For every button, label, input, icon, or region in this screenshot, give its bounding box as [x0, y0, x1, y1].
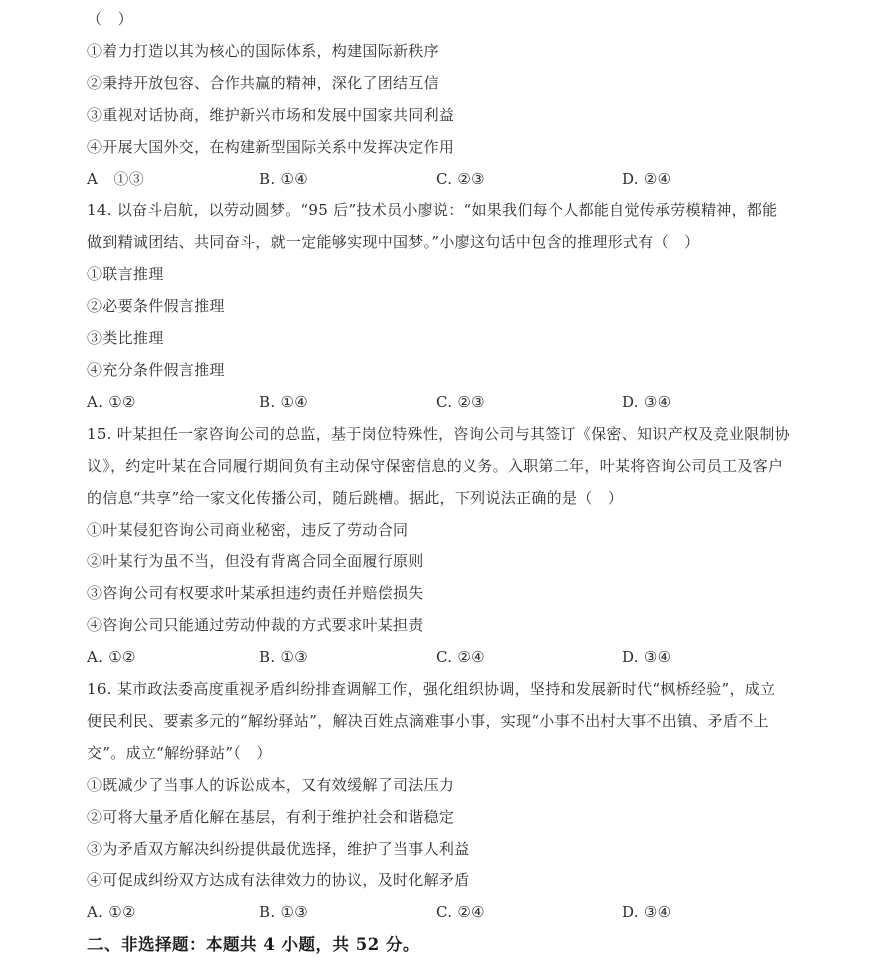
option-b: B. ①④: [259, 387, 436, 419]
answer-bracket: （ ）: [87, 4, 792, 36]
question-stem-line: 15. 叶某担任一家咨询公司的总监，基于岗位特殊性，咨询公司与其签订《保密、知识…: [87, 419, 792, 451]
question-13-continuation: （ ） ①着力打造以其为核心的国际体系，构建国际新秩序 ②秉持开放包容、合作共赢…: [87, 4, 792, 195]
question-stem-line: 的信息“共享”给一家文化传播公司，随后跳槽。据此，下列说法正确的是（ ）: [87, 483, 792, 515]
option-d: D. ③④: [622, 387, 792, 419]
statement-3: ③咨询公司有权要求叶某承担违约责任并赔偿损失: [87, 578, 792, 610]
option-c: C. ②③: [436, 387, 622, 419]
statement-3: ③类比推理: [87, 323, 792, 355]
option-d: D. ③④: [622, 642, 792, 674]
question-14: 14. 以奋斗启航，以劳动圆梦。“95 后”技术员小廖说：“如果我们每个人都能自…: [87, 195, 792, 418]
statement-1: ①联言推理: [87, 259, 792, 291]
statement-4: ④开展大国外交，在构建新型国际关系中发挥决定作用: [87, 132, 792, 164]
statement-2: ②叶某行为虽不当，但没有背离合同全面履行原则: [87, 546, 792, 578]
option-b: B. ①③: [259, 897, 436, 929]
statement-4: ④充分条件假言推理: [87, 355, 792, 387]
section-two-header: 二、非选择题：本题共 4 小题，共 52 分。: [87, 929, 792, 962]
option-a: A. ①②: [87, 387, 259, 419]
option-b: B. ①③: [259, 642, 436, 674]
question-stem-line: 交”。成立“解纷驿站”（ ）: [87, 738, 792, 770]
question-stem-line: 16. 某市政法委高度重视矛盾纠纷排查调解工作，强化组织协调，坚持和发展新时代“…: [87, 674, 792, 706]
options-row: A. ①② B. ①③ C. ②④ D. ③④: [87, 897, 792, 929]
statement-1: ①既减少了当事人的诉讼成本，又有效缓解了司法压力: [87, 770, 792, 802]
question-stem-line: 议》，约定叶某在合同履行期间负有主动保守保密信息的义务。入职第二年，叶某将咨询公…: [87, 451, 792, 483]
question-stem-line: 做到精诚团结、共同奋斗，就一定能够实现中国梦。”小廖这句话中包含的推理形式有（ …: [87, 227, 792, 259]
question-stem-line: 14. 以奋斗启航，以劳动圆梦。“95 后”技术员小廖说：“如果我们每个人都能自…: [87, 195, 792, 227]
option-d: D. ③④: [622, 897, 792, 929]
statement-2: ②秉持开放包容、合作共赢的精神，深化了团结互信: [87, 68, 792, 100]
statement-3: ③为矛盾双方解决纠纷提供最优选择，维护了当事人利益: [87, 834, 792, 866]
option-a: A. ①②: [87, 897, 259, 929]
option-c: C. ②④: [436, 642, 622, 674]
question-15: 15. 叶某担任一家咨询公司的总监，基于岗位特殊性，咨询公司与其签订《保密、知识…: [87, 419, 792, 674]
statement-4: ④咨询公司只能通过劳动仲裁的方式要求叶某担责: [87, 610, 792, 642]
option-c: C. ②③: [436, 164, 622, 196]
option-d: D. ②④: [622, 164, 792, 196]
statement-4: ④可促成纠纷双方达成有法律效力的协议，及时化解矛盾: [87, 865, 792, 897]
options-row: A. ①② B. ①③ C. ②④ D. ③④: [87, 642, 792, 674]
option-b: B. ①④: [259, 164, 436, 196]
options-row: A. ①② B. ①④ C. ②③ D. ③④: [87, 387, 792, 419]
statement-2: ②可将大量矛盾化解在基层，有利于维护社会和谐稳定: [87, 802, 792, 834]
exam-document-page: （ ） ①着力打造以其为核心的国际体系，构建国际新秩序 ②秉持开放包容、合作共赢…: [0, 0, 872, 966]
statement-2: ②必要条件假言推理: [87, 291, 792, 323]
option-a: A. ①②: [87, 642, 259, 674]
statement-3: ③重视对话协商，维护新兴市场和发展中国家共同利益: [87, 100, 792, 132]
option-c: C. ②④: [436, 897, 622, 929]
options-row: A ①③ B. ①④ C. ②③ D. ②④: [87, 164, 792, 196]
question-16: 16. 某市政法委高度重视矛盾纠纷排查调解工作，强化组织协调，坚持和发展新时代“…: [87, 674, 792, 929]
statement-1: ①着力打造以其为核心的国际体系，构建国际新秩序: [87, 36, 792, 68]
question-stem-line: 便民利民、要素多元的“解纷驿站”，解决百姓点滴难事小事，实现“小事不出村大事不出…: [87, 706, 792, 738]
option-a: A ①③: [87, 164, 259, 196]
statement-1: ①叶某侵犯咨询公司商业秘密，违反了劳动合同: [87, 515, 792, 547]
